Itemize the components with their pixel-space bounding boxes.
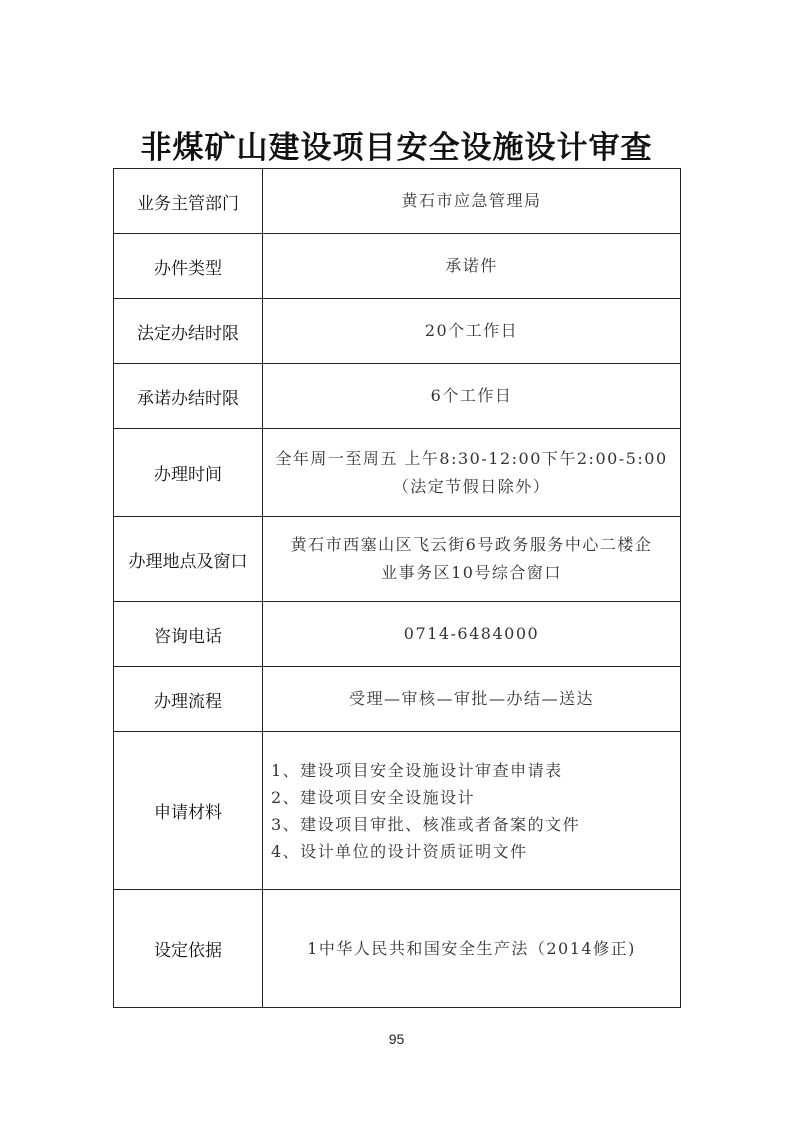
row-label: 办件类型: [114, 234, 263, 299]
service-info-table: 业务主管部门 黄石市应急管理局 办件类型 承诺件 法定办结时限 20个工作日 承…: [113, 168, 681, 1008]
process-steps: 受理—审核—审批—办结—送达: [263, 667, 681, 732]
address-line-1: 黄石市西塞山区飞云街6号政务服务中心二楼企: [263, 531, 680, 559]
address-line-2: 业事务区10号综合窗口: [263, 559, 680, 587]
list-item: 2、建设项目安全设施设计: [271, 784, 680, 811]
table-row-location: 办理地点及窗口 黄石市西塞山区飞云街6号政务服务中心二楼企 业事务区10号综合窗…: [114, 517, 681, 602]
row-label: 承诺办结时限: [114, 364, 263, 429]
row-value: 6个工作日: [263, 364, 681, 429]
row-value: 黄石市应急管理局: [263, 169, 681, 234]
row-label: 法定办结时限: [114, 299, 263, 364]
table-row-office-hours: 办理时间 全年周一至周五 上午8:30-12:00下午2:00-5:00 （法定…: [114, 429, 681, 517]
row-label: 申请材料: [114, 732, 263, 890]
list-item: 1、建设项目安全设施设计审查申请表: [271, 757, 680, 784]
row-value: 承诺件: [263, 234, 681, 299]
table-row-process: 办理流程 受理—审核—审批—办结—送达: [114, 667, 681, 732]
row-label: 咨询电话: [114, 602, 263, 667]
row-label: 办理时间: [114, 429, 263, 517]
row-label: 办理地点及窗口: [114, 517, 263, 602]
table-row-materials: 申请材料 1、建设项目安全设施设计审查申请表 2、建设项目安全设施设计 3、建设…: [114, 732, 681, 890]
phone-number: 0714-6484000: [263, 602, 681, 667]
table-row-legal-basis: 设定依据 1中华人民共和国安全生产法（2014修正): [114, 890, 681, 1008]
row-label: 设定依据: [114, 890, 263, 1008]
table-row-department: 业务主管部门 黄石市应急管理局: [114, 169, 681, 234]
row-label: 业务主管部门: [114, 169, 263, 234]
table-row-legal-time-limit: 法定办结时限 20个工作日: [114, 299, 681, 364]
legal-basis: 1中华人民共和国安全生产法（2014修正): [263, 890, 681, 1008]
list-item: 4、设计单位的设计资质证明文件: [271, 838, 680, 865]
page-number: 95: [0, 1031, 793, 1047]
page-title: 非煤矿山建设项目安全设施设计审查: [0, 128, 793, 168]
table-row-case-type: 办件类型 承诺件: [114, 234, 681, 299]
table-row-promised-time-limit: 承诺办结时限 6个工作日: [114, 364, 681, 429]
row-label: 办理流程: [114, 667, 263, 732]
row-value: 20个工作日: [263, 299, 681, 364]
row-value: 全年周一至周五 上午8:30-12:00下午2:00-5:00 （法定节假日除外…: [263, 429, 681, 517]
list-item: 3、建设项目审批、核准或者备案的文件: [271, 811, 680, 838]
materials-list: 1、建设项目安全设施设计审查申请表 2、建设项目安全设施设计 3、建设项目审批、…: [263, 732, 681, 890]
row-value: 黄石市西塞山区飞云街6号政务服务中心二楼企 业事务区10号综合窗口: [263, 517, 681, 602]
holiday-note: （法定节假日除外）: [263, 473, 680, 501]
office-hours-line: 全年周一至周五 上午8:30-12:00下午2:00-5:00: [263, 445, 680, 473]
table-row-phone: 咨询电话 0714-6484000: [114, 602, 681, 667]
